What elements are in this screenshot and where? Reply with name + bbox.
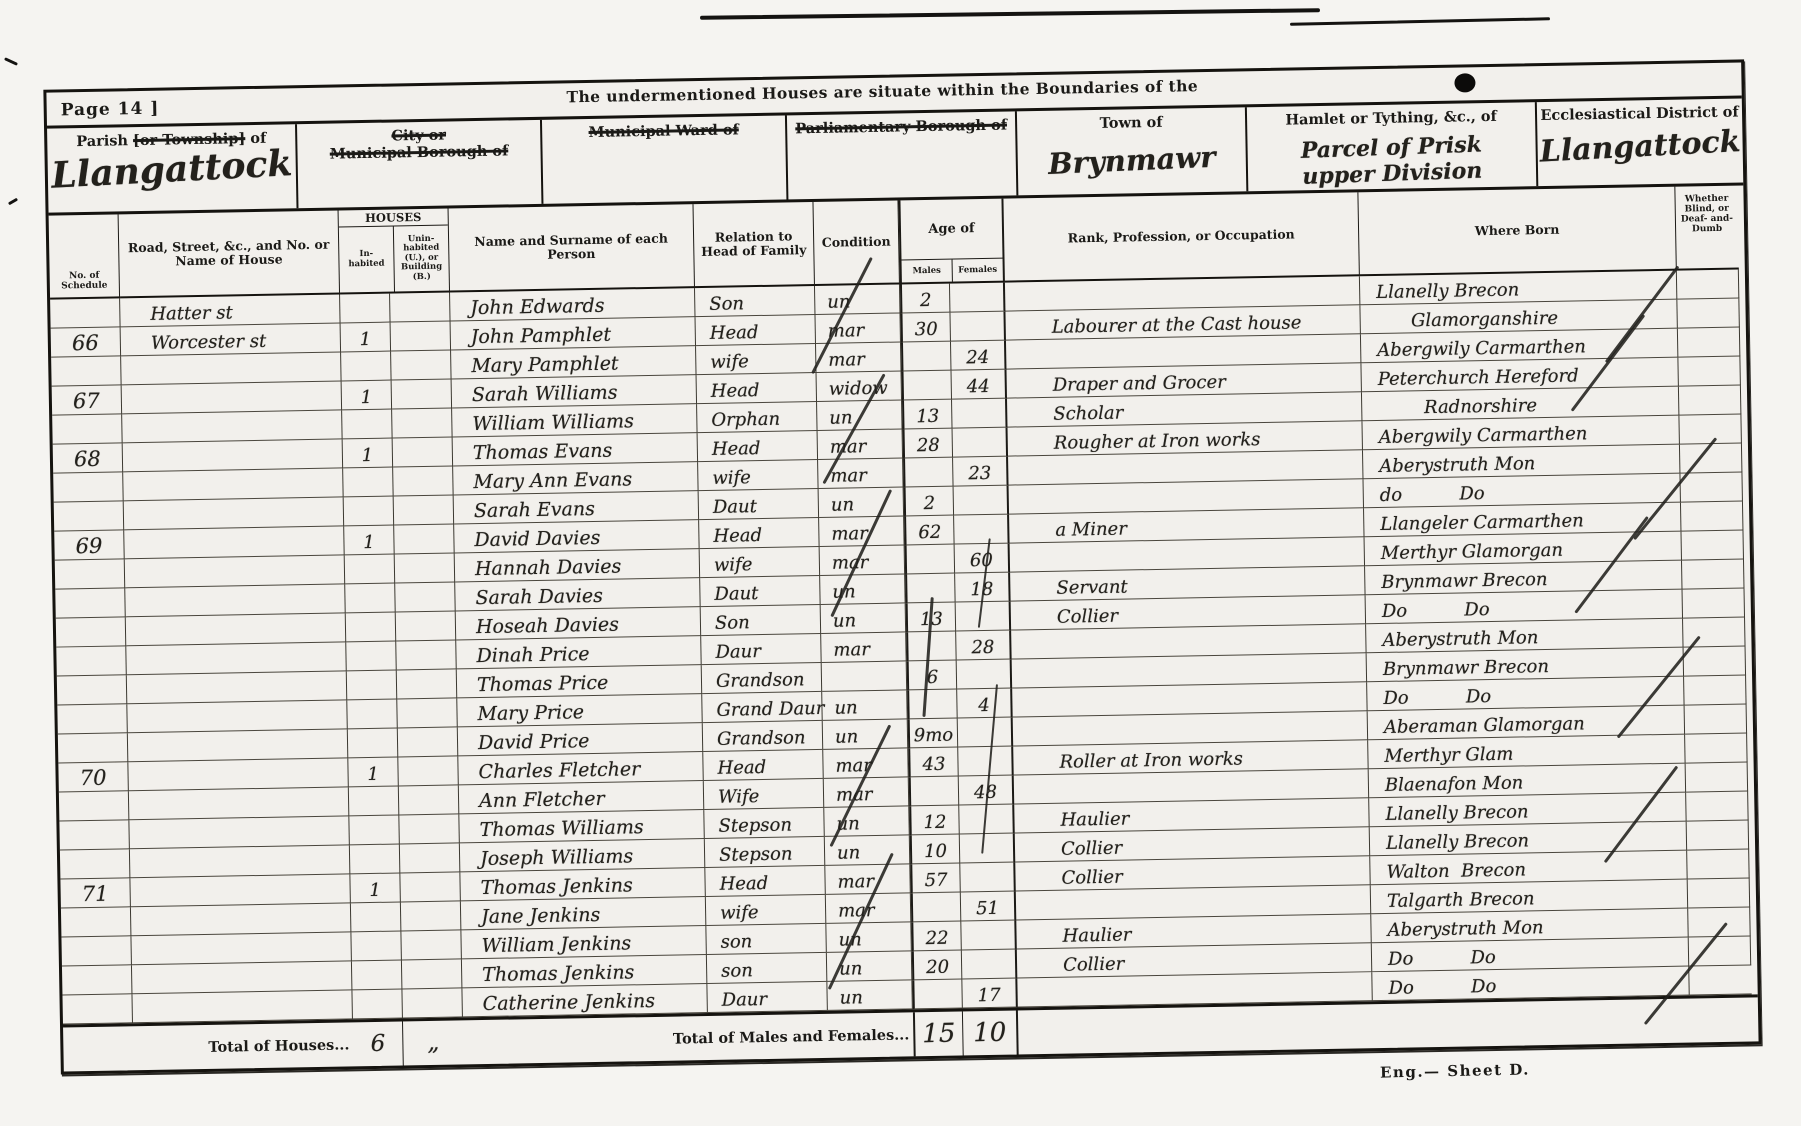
cell-infirm [1686, 762, 1749, 792]
cell-schedule-number: 67 [52, 385, 123, 415]
cell-age-females: 44 [951, 370, 1007, 400]
cell-inhabited [351, 931, 402, 961]
cell-schedule-number [60, 849, 131, 879]
cell-age-females [958, 718, 1014, 748]
cell-name: Dinah Price [456, 636, 701, 669]
cell-infirm [1684, 675, 1747, 705]
cell-schedule-number [62, 965, 133, 995]
cell-age-females [961, 921, 1017, 951]
col-born: Where Born [1358, 187, 1676, 277]
cell-relation: Wife [704, 779, 824, 810]
cell-uninhabited [396, 640, 457, 670]
cell-inhabited [343, 468, 394, 498]
cell-age-males [905, 545, 956, 575]
cell-name: Mary Price [457, 694, 702, 727]
cell-infirm [1678, 357, 1741, 387]
cell-schedule-number [54, 501, 125, 531]
cell-condition: mar [816, 342, 902, 373]
col-uninhabited: Unin- habited (U.), or Building (B.) [394, 226, 449, 292]
cell-name: William Williams [452, 404, 697, 437]
cell-age-females: 60 [955, 544, 1011, 574]
cell-relation: Grandson [702, 663, 822, 694]
parliamentary-label: Parliamentary Borough of [795, 117, 1007, 138]
cell-schedule-number [61, 936, 132, 966]
cell-relation: Head [699, 518, 819, 549]
cell-street [127, 700, 347, 733]
cell-street [126, 642, 346, 675]
cell-condition [822, 661, 908, 692]
cell-condition: mar [824, 777, 910, 808]
cell-uninhabited [399, 814, 460, 844]
cell-age-males: 10 [910, 835, 961, 865]
cell-schedule-number [61, 907, 132, 937]
cell-uninhabited [395, 582, 456, 612]
scan-artifact-mark [8, 198, 18, 206]
cell-uninhabited [390, 292, 451, 322]
field-parliamentary-borough: Parliamentary Borough of [787, 111, 1018, 199]
cell-infirm [1680, 473, 1743, 503]
cell-inhabited [345, 584, 396, 614]
cell-name: Jane Jenkins [461, 897, 706, 930]
cell-relation: Orphan [697, 402, 817, 433]
col-road: Road, Street, &c., and No. or Name of Ho… [119, 210, 340, 298]
cell-uninhabited [397, 669, 458, 699]
cell-relation: son [706, 924, 826, 955]
cell-infirm [1688, 878, 1751, 908]
total-houses-value: 6 [353, 1021, 404, 1066]
hamlet-value: Parcel of Prisk upper Division [1247, 130, 1537, 192]
cell-street [128, 758, 348, 791]
cell-relation: Stepson [704, 808, 824, 839]
cell-age-males: 2 [900, 284, 951, 314]
cell-born: Do Do [1372, 967, 1689, 1002]
cell-name: Thomas Williams [459, 810, 704, 843]
page-number-label: Page 14 ] [61, 99, 160, 121]
cell-schedule-number [58, 733, 129, 763]
cell-relation: Daut [700, 576, 820, 607]
cell-uninhabited [402, 959, 463, 989]
cell-inhabited [351, 902, 402, 932]
cell-infirm [1681, 531, 1744, 561]
cell-inhabited: 1 [344, 526, 395, 556]
cell-inhabited: 1 [342, 381, 393, 411]
cell-name: Joseph Williams [460, 839, 705, 872]
cell-street [131, 932, 351, 965]
cell-uninhabited [399, 785, 460, 815]
cell-age-males [901, 342, 952, 372]
cell-age-males [911, 892, 962, 922]
cell-schedule-number: 70 [58, 762, 129, 792]
cell-infirm [1681, 502, 1744, 532]
cell-street: Hatter st [120, 294, 340, 327]
cell-inhabited: 1 [343, 439, 394, 469]
cell-schedule-number: 71 [60, 878, 131, 908]
cell-street [124, 497, 344, 530]
cell-inhabited: 1 [350, 873, 401, 903]
cell-name: Thomas Price [457, 665, 702, 698]
cell-age-females: 4 [957, 689, 1013, 719]
cell-uninhabited [402, 988, 463, 1018]
cell-inhabited [346, 613, 397, 643]
cell-uninhabited [391, 321, 452, 351]
cell-street [121, 352, 341, 385]
cell-condition: un [820, 574, 906, 605]
cell-inhabited [352, 960, 403, 990]
cell-condition: mar [818, 429, 904, 460]
cell-infirm [1689, 936, 1752, 966]
cell-relation: Stepson [705, 837, 825, 868]
cell-relation: wife [698, 460, 818, 491]
cell-condition: mar [819, 516, 905, 547]
col-schedule: No. of Schedule [49, 214, 120, 299]
borough-label-line1: City or [391, 127, 446, 145]
cell-infirm [1686, 791, 1749, 821]
cell-age-females [953, 428, 1009, 458]
cell-age-males [907, 690, 958, 720]
parish-value: Llangattock [47, 150, 296, 189]
col-males: Males [902, 260, 953, 283]
borough-label-line2: Municipal Borough of [330, 142, 509, 162]
cell-condition: mar [818, 458, 904, 489]
cell-schedule-number [55, 559, 126, 589]
cell-relation: Head [696, 315, 816, 346]
cell-uninhabited [393, 466, 454, 496]
cell-inhabited [344, 497, 395, 527]
cell-relation: Head [705, 866, 825, 897]
cell-age-females [956, 602, 1012, 632]
cell-inhabited [340, 294, 391, 324]
cell-uninhabited [397, 698, 458, 728]
cell-uninhabited [394, 495, 455, 525]
cell-age-females [954, 515, 1010, 545]
scan-artifact-mark [4, 57, 18, 66]
cell-condition: un [827, 980, 913, 1011]
ecclesiastical-label: Ecclesiastical District of [1540, 104, 1739, 125]
cell-age-males: 43 [908, 748, 959, 778]
cell-schedule-number [59, 791, 130, 821]
cell-infirm [1678, 328, 1741, 358]
col-relation: Relation to Head of Family [693, 202, 814, 288]
cell-schedule-number: 66 [51, 327, 122, 357]
cell-street [125, 584, 345, 617]
col-houses-group: HOUSES In- habited Unin- habited (U.), o… [339, 209, 450, 295]
cell-uninhabited [400, 872, 461, 902]
field-municipal-ward: Municipal Ward of [542, 115, 788, 203]
cell-age-females [957, 660, 1013, 690]
scan-artifact-line [1290, 17, 1550, 25]
cell-relation: wife [706, 895, 826, 926]
cell-street [132, 961, 352, 994]
col-inhabited: In- habited [339, 226, 395, 292]
cell-relation: Daur [707, 982, 827, 1013]
cell-schedule-number [55, 588, 126, 618]
cell-name: Hannah Davies [455, 549, 700, 582]
cell-infirm [1677, 270, 1740, 300]
col-age-label: Age of [900, 199, 1002, 260]
total-houses-label: Total of Houses... [133, 1022, 354, 1070]
cell-age-males [912, 979, 963, 1009]
field-town: Town of Brynmawr [1017, 107, 1248, 195]
cell-inhabited: 1 [348, 757, 399, 787]
cell-infirm [1689, 965, 1752, 995]
cell-infirm [1677, 299, 1740, 329]
cell-infirm [1679, 415, 1742, 445]
cell-infirm [1685, 733, 1748, 763]
cell-inhabited [347, 671, 398, 701]
cell-relation: son [707, 953, 827, 984]
cell-relation: wife [700, 547, 820, 578]
cell-name: Thomas Jenkins [460, 868, 705, 901]
cell-uninhabited [395, 553, 456, 583]
cell-name: Sarah Davies [455, 578, 700, 611]
cell-name: John Edwards [450, 288, 695, 321]
cell-name: Thomas Jenkins [462, 955, 707, 988]
cell-age-males: 22 [911, 921, 962, 951]
cell-uninhabited [400, 843, 461, 873]
col-houses-label: HOUSES [339, 209, 448, 228]
cell-infirm [1687, 820, 1750, 850]
ward-label: Municipal Ward of [588, 121, 739, 141]
cell-relation: Head [698, 431, 818, 462]
cell-inhabited: 1 [341, 323, 392, 353]
cell-condition: un [823, 719, 909, 750]
cell-street [130, 874, 350, 907]
cell-age-males: 30 [900, 313, 951, 343]
town-label: Town of [1100, 114, 1163, 132]
cell-infirm [1683, 589, 1746, 619]
cell-age-males [906, 632, 957, 662]
cell-street [128, 729, 348, 762]
cell-inhabited [346, 642, 397, 672]
town-value: Brynmawr [1017, 142, 1246, 178]
cell-schedule-number [51, 356, 122, 386]
cell-street [126, 613, 346, 646]
cell-schedule-number [53, 472, 124, 502]
cell-name: David Price [458, 723, 703, 756]
cell-uninhabited [391, 350, 452, 380]
parish-label-pre: Parish [76, 132, 133, 150]
cell-age-males: 6 [907, 661, 958, 691]
cell-schedule-number [57, 675, 128, 705]
cell-street [123, 468, 343, 501]
cell-condition: un [822, 690, 908, 721]
cell-infirm [1684, 646, 1747, 676]
cell-age-females [954, 486, 1010, 516]
cell-street [124, 526, 344, 559]
cell-street [125, 555, 345, 588]
cell-name: William Jenkins [461, 926, 706, 959]
census-table-body: Hatter st John Edwards Son un 2 Llanelly… [50, 269, 1758, 1024]
col-age-group: Age of Males Females [898, 199, 1004, 285]
cell-age-males [902, 371, 953, 401]
total-females-value: 10 [963, 1011, 1019, 1056]
sheet-footer-label: Eng.— Sheet D. [1380, 1060, 1530, 1081]
cell-uninhabited [392, 408, 453, 438]
cell-inhabited [342, 410, 393, 440]
cell-uninhabited [398, 727, 459, 757]
cell-uninhabited [392, 379, 453, 409]
cell-condition: mar [825, 864, 911, 895]
cell-relation: Head [703, 750, 823, 781]
cell-condition: un [825, 835, 911, 866]
cell-street [132, 990, 352, 1023]
field-hamlet: Hamlet or Tything, &c., of Parcel of Pri… [1247, 102, 1538, 191]
cell-age-females [950, 283, 1006, 313]
field-parish: Parish [or Township] of Llangattock [47, 124, 298, 212]
cell-inhabited [350, 844, 401, 874]
cell-inhabited [348, 728, 399, 758]
cell-age-males: 20 [912, 950, 963, 980]
cell-condition: widow [817, 371, 903, 402]
totals-spacer [1018, 997, 1753, 1054]
cell-age-females: 51 [961, 892, 1017, 922]
cell-age-males: 12 [909, 806, 960, 836]
cell-street [122, 410, 342, 443]
cell-relation: wife [696, 344, 816, 375]
cell-age-females: 28 [956, 631, 1012, 661]
cell-inhabited [341, 352, 392, 382]
cell-street [131, 903, 351, 936]
cell-name: Mary Ann Evans [453, 462, 698, 495]
cell-age-males: 57 [910, 864, 961, 894]
cell-infirm [1687, 849, 1750, 879]
cell-age-females: 17 [962, 979, 1018, 1009]
hamlet-label: Hamlet or Tything, &c., of [1285, 108, 1497, 129]
field-municipal-borough: City or Municipal Borough of [297, 120, 543, 208]
cell-inhabited [347, 700, 398, 730]
cell-street [129, 816, 349, 849]
cell-uninhabited [396, 611, 457, 641]
cell-age-females [952, 399, 1008, 429]
cell-name: Hoseah Davies [456, 607, 701, 640]
cell-relation: Grand Daur [702, 692, 822, 723]
cell-schedule-number [59, 820, 130, 850]
cell-relation: Son [701, 605, 821, 636]
cell-name: John Pamphlet [451, 317, 696, 350]
total-males-females-label: Total of Males and Females... [463, 1012, 914, 1064]
cell-age-males: 9mo [908, 719, 959, 749]
total-males-value: 15 [913, 1011, 964, 1056]
col-females: Females [953, 259, 1003, 282]
cell-street [130, 845, 350, 878]
cell-age-males: 28 [903, 429, 954, 459]
cell-age-females [960, 834, 1016, 864]
cell-schedule-number: 68 [53, 443, 124, 473]
cell-schedule-number [56, 617, 127, 647]
cell-inhabited [349, 815, 400, 845]
cell-condition: un [815, 284, 901, 315]
total-uninhabited-value: „ [403, 1020, 464, 1065]
cell-street [129, 787, 349, 820]
col-infirm: Whether Blind, or Deaf- and-Dumb [1675, 186, 1738, 271]
cell-uninhabited [398, 756, 459, 786]
cell-relation: Grandson [703, 721, 823, 752]
cell-inhabited [345, 555, 396, 585]
sheet-heading: The undermentioned Houses are situate wi… [566, 76, 1198, 106]
cell-age-females [958, 747, 1014, 777]
cell-schedule-number [50, 298, 121, 328]
cell-schedule-number [62, 994, 133, 1024]
cell-age-females [962, 950, 1018, 980]
cell-age-females: 23 [953, 457, 1009, 487]
cell-inhabited [352, 989, 403, 1019]
cell-street [123, 439, 343, 472]
cell-name: David Davies [454, 520, 699, 553]
totals-spacer [63, 1026, 134, 1071]
cell-street: Worcester st [121, 323, 341, 356]
cell-name: Charles Fletcher [458, 752, 703, 785]
cell-name: Ann Fletcher [459, 781, 704, 814]
ecclesiastical-value: Llangattock [1537, 129, 1743, 166]
census-sheet: Page 14 ] The undermentioned Houses are … [43, 59, 1761, 1074]
cell-name: Thomas Evans [453, 433, 698, 466]
scan-artifact-line [700, 8, 1320, 20]
cell-uninhabited [393, 437, 454, 467]
cell-street [127, 671, 347, 704]
cell-condition: un [826, 922, 912, 953]
cell-age-males: 2 [904, 487, 955, 517]
cell-name: Catherine Jenkins [462, 984, 707, 1017]
cell-relation: Daur [701, 634, 821, 665]
col-condition: Condition [813, 200, 899, 285]
cell-uninhabited [394, 524, 455, 554]
cell-infirm [1685, 704, 1748, 734]
cell-age-males: 13 [902, 400, 953, 430]
cell-schedule-number [57, 704, 128, 734]
cell-age-males [903, 458, 954, 488]
field-ecclesiastical-district: Ecclesiastical District of Llangattock [1537, 98, 1743, 186]
cell-infirm [1682, 560, 1745, 590]
cell-name: Sarah Evans [454, 491, 699, 524]
cell-street [122, 381, 342, 414]
cell-condition: mar [821, 632, 907, 663]
cell-age-males [909, 777, 960, 807]
cell-relation: Daut [699, 489, 819, 520]
cell-age-females [950, 312, 1006, 342]
cell-inhabited [349, 786, 400, 816]
col-occupation: Rank, Profession, or Occupation [1003, 192, 1359, 282]
cell-age-males: 62 [904, 516, 955, 546]
cell-uninhabited [401, 901, 462, 931]
cell-uninhabited [401, 930, 462, 960]
cell-name: Mary Pamphlet [451, 346, 696, 379]
cell-infirm [1679, 386, 1742, 416]
cell-age-females: 24 [951, 341, 1007, 371]
cell-relation: Son [695, 286, 815, 317]
col-name: Name and Surname of each Person [449, 204, 695, 292]
cell-relation: Head [697, 373, 817, 404]
cell-schedule-number [52, 414, 123, 444]
cell-name: Sarah Williams [452, 375, 697, 408]
cell-age-females [960, 863, 1016, 893]
cell-schedule-number [56, 646, 127, 676]
cell-schedule-number: 69 [54, 530, 125, 560]
